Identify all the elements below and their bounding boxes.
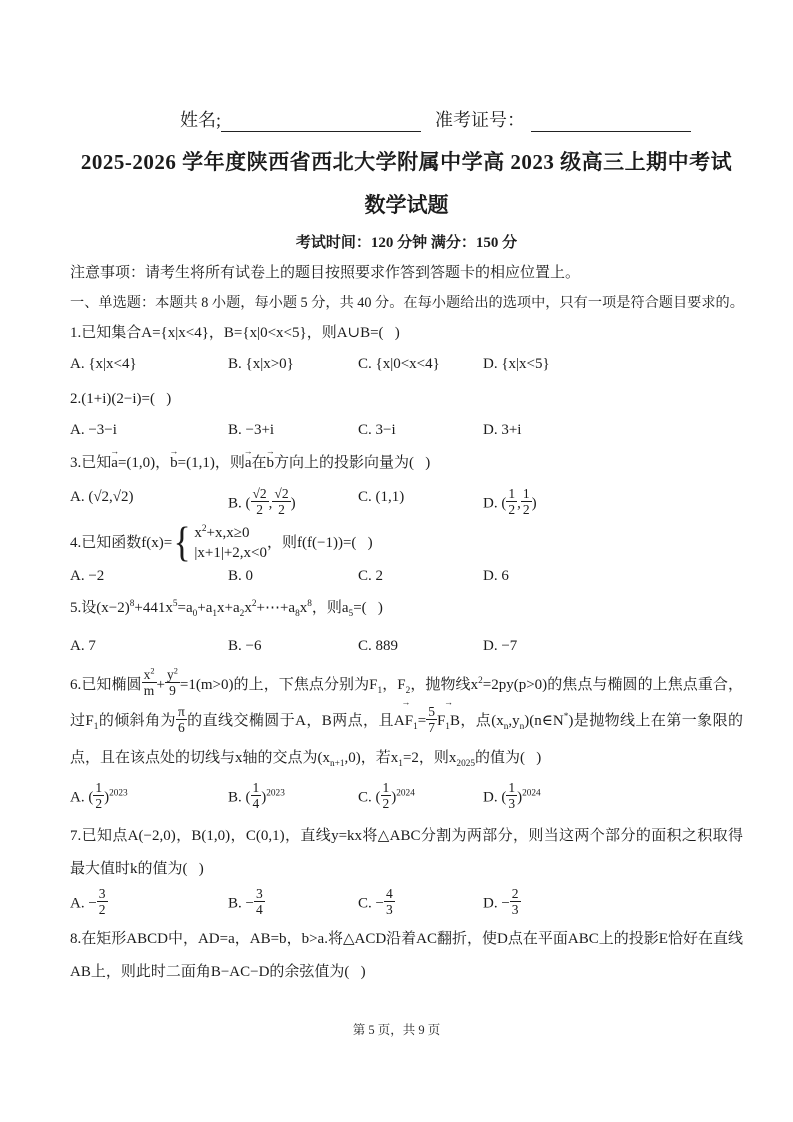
question-5-option-d: D. −7 [483, 636, 743, 658]
question-1-option-d: D. {x|x<5} [483, 354, 743, 376]
question-1-options: A. {x|x<4} B. {x|x>0} C. {x|0<x<4} D. {x… [70, 354, 743, 376]
question-6-option-b: B. (14)2023 [228, 781, 358, 811]
question-7-option-a: A. −32 [70, 887, 228, 917]
subject-title: 数学试题 [70, 189, 743, 219]
question-5-option-c: C. 889 [358, 636, 483, 658]
question-7-option-b: B. −34 [228, 887, 358, 917]
question-7-option-c: C. −43 [358, 887, 483, 917]
question-1-option-c: C. {x|0<x<4} [358, 354, 483, 376]
question-3-option-a: A. (√2,√2) [70, 487, 228, 517]
name-id-row: 姓名;准考证号： [180, 106, 743, 132]
question-2-option-c: C. 3−i [358, 420, 483, 442]
exam-page: 姓名;准考证号： 2025-2026 学年度陕西省西北大学附属中学高 2023 … [0, 0, 793, 1122]
question-7-stem: 7.已知点A(−2,0)，B(1,0)，C(0,1)，直线y=kx将△ABC分割… [70, 820, 743, 886]
question-2-option-d: D. 3+i [483, 420, 743, 442]
question-4-options: A. −2 B. 0 C. 2 D. 6 [70, 566, 743, 588]
question-2-option-b: B. −3+i [228, 420, 358, 442]
question-6-stem: 6.已知椭圆x2m+y29=1(m>0)的上，下焦点分别为F1，F2，抛物线x2… [70, 667, 743, 777]
question-3-stem: 3.已知a=(1,0)，b=(1,1)，则a在b方向上的投影向量为( ) [70, 453, 743, 475]
question-3-options: A. (√2,√2) B. (√22,√22) C. (1,1) D. (12,… [70, 487, 743, 517]
name-label: 姓名; [180, 106, 221, 132]
question-4-option-d: D. 6 [483, 566, 743, 588]
question-7-option-d: D. −23 [483, 887, 743, 917]
question-5-option-b: B. −6 [228, 636, 358, 658]
question-3-option-b: B. (√22,√22) [228, 487, 358, 517]
question-5-option-a: A. 7 [70, 636, 228, 658]
section-1-heading: 一、单选题：本题共 8 小题，每小题 5 分，共 40 分。在每小题给出的选项中… [70, 292, 743, 312]
question-6-option-a: A. (12)2023 [70, 781, 228, 811]
page-footer: 第 5 页，共 9 页 [0, 1020, 793, 1038]
admission-no-label: 准考证号： [435, 106, 525, 132]
question-1-stem: 1.已知集合A={x|x<4}，B={x|0<x<5}，则A∪B=( ) [70, 323, 743, 345]
question-6-options: A. (12)2023 B. (14)2023 C. (12)2024 D. (… [70, 781, 743, 811]
notice-line: 注意事项：请考生将所有试卷上的题目按照要求作答到答题卡的相应位置上。 [70, 261, 743, 282]
question-2-options: A. −3−i B. −3+i C. 3−i D. 3+i [70, 420, 743, 442]
question-4-option-a: A. −2 [70, 566, 228, 588]
question-5-options: A. 7 B. −6 C. 889 D. −7 [70, 636, 743, 658]
question-3-option-d: D. (12,12) [483, 487, 743, 517]
exam-meta: 考试时间：120 分钟 满分：150 分 [70, 231, 743, 252]
question-3-option-c: C. (1,1) [358, 487, 483, 517]
exam-title: 2025-2026 学年度陕西省西北大学附属中学高 2023 级高三上期中考试 [70, 148, 743, 176]
question-4-option-c: C. 2 [358, 566, 483, 588]
name-blank [221, 110, 421, 132]
question-5-stem: 5.设(x−2)8+441x5=a0+a1x+a2x2+⋯+a8x8，则a5=(… [70, 598, 743, 620]
question-7-options: A. −32 B. −34 C. −43 D. −23 [70, 887, 743, 917]
question-1-option-b: B. {x|x>0} [228, 354, 358, 376]
question-6-option-d: D. (13)2024 [483, 781, 743, 811]
admission-no-blank [531, 110, 691, 132]
question-4-stem: 4.已知函数f(x)={x2+x,x≥0|x+1|+2,x<0，则f(f(−1)… [70, 524, 743, 563]
question-2-stem: 2.(1+i)(2−i)=( ) [70, 389, 743, 411]
question-1-option-a: A. {x|x<4} [70, 354, 228, 376]
question-4-option-b: B. 0 [228, 566, 358, 588]
question-2-option-a: A. −3−i [70, 420, 228, 442]
question-6-option-c: C. (12)2024 [358, 781, 483, 811]
question-8-stem: 8.在矩形ABCD中，AD=a，AB=b，b>a.将△ACD沿着AC翻折，使D点… [70, 923, 743, 989]
